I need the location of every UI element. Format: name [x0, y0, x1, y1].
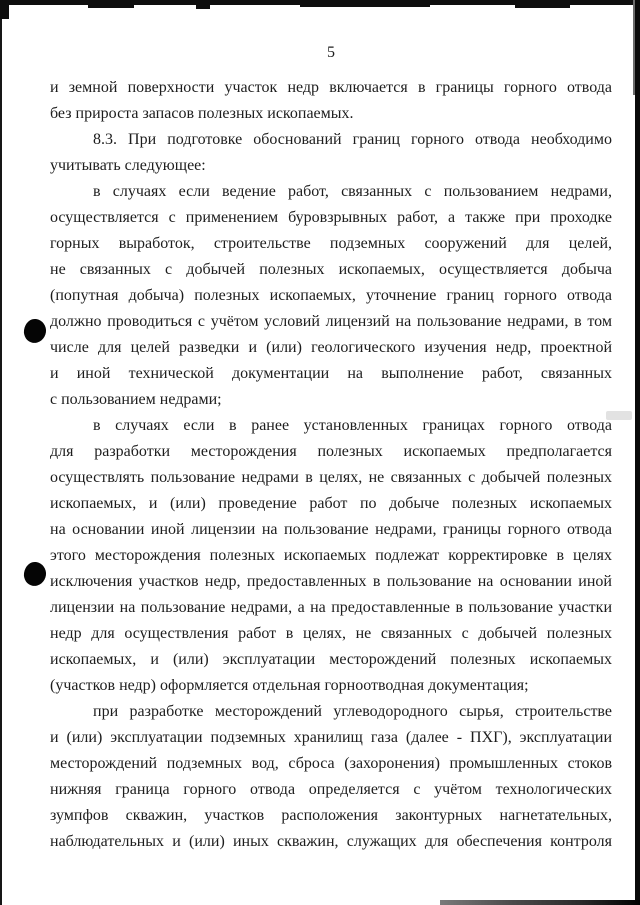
text-line: ископаемых, и (или) эксплуатации месторо…	[50, 647, 612, 673]
text-line: в случаях если в ранее установленных гра…	[50, 413, 612, 439]
text-line: месторождений подземных вод, сброса (зах…	[50, 751, 612, 777]
text-line: (участков недр) оформляется отдельная го…	[50, 673, 612, 699]
page-number: 5	[50, 43, 612, 63]
scanned-document-page: 5 и земной поверхности участок недр вклю…	[0, 0, 640, 905]
text-line: осуществлять пользование недрами в целях…	[50, 465, 612, 491]
text-line: учитывать следующее:	[50, 153, 612, 179]
text-line: не связанных с добычей полезных ископаем…	[50, 257, 612, 283]
scan-artifact	[300, 0, 430, 7]
text-line: с пользованием недрами;	[50, 387, 612, 413]
text-line: без прироста запасов полезных ископаемых…	[50, 101, 612, 127]
text-line: при разработке месторождений углеводород…	[50, 699, 612, 725]
punch-hole-top	[22, 318, 47, 345]
text-line: горных выработок, строительстве подземны…	[50, 231, 612, 257]
text-line: для разработки месторождения полезных ис…	[50, 439, 612, 465]
scan-corner-top-left	[0, 0, 9, 19]
text-line: и (или) эксплуатации подземных хранилищ …	[50, 725, 612, 751]
text-line: числе для целей разведки и (или) геологи…	[50, 335, 612, 361]
text-line: и земной поверхности участок недр включа…	[50, 75, 612, 101]
document-body: и земной поверхности участок недр включа…	[50, 75, 612, 855]
text-line: осуществляется с применением буровзрывны…	[50, 205, 612, 231]
punch-hole-bottom	[22, 561, 47, 588]
scan-edge-bottom	[440, 900, 640, 905]
text-line: (попутная добыча) полезных ископаемых, у…	[50, 283, 612, 309]
scan-artifact	[515, 0, 570, 8]
text-line: должно проводиться с учётом условий лице…	[50, 309, 612, 335]
text-line: исключения участков недр, предоставленны…	[50, 569, 612, 595]
text-line: лицензии на пользование недрами, а на пр…	[50, 595, 612, 621]
scan-artifact	[88, 0, 134, 8]
text-line: в случаях если ведение работ, связанных …	[50, 179, 612, 205]
text-line: зумпфов скважин, участков расположения з…	[50, 803, 612, 829]
text-line: наблюдательных и (или) иных скважин, слу…	[50, 829, 612, 855]
scan-edge-right	[635, 0, 640, 905]
text-line: 8.3. При подготовке обоснований границ г…	[50, 127, 612, 153]
text-line: на основании иной лицензии на пользовани…	[50, 517, 612, 543]
scan-edge-left	[0, 0, 2, 905]
text-line: недр для осуществления работ в целях, не…	[50, 621, 612, 647]
text-line: и иной технической документации на выпол…	[50, 361, 612, 387]
scan-edge-top	[0, 0, 640, 5]
text-line: нижняя граница горного отвода определяет…	[50, 777, 612, 803]
text-line: этого месторождения полезных ископаемых …	[50, 543, 612, 569]
text-line: ископаемых, и (или) проведение работ по …	[50, 491, 612, 517]
scan-artifact	[196, 0, 210, 9]
